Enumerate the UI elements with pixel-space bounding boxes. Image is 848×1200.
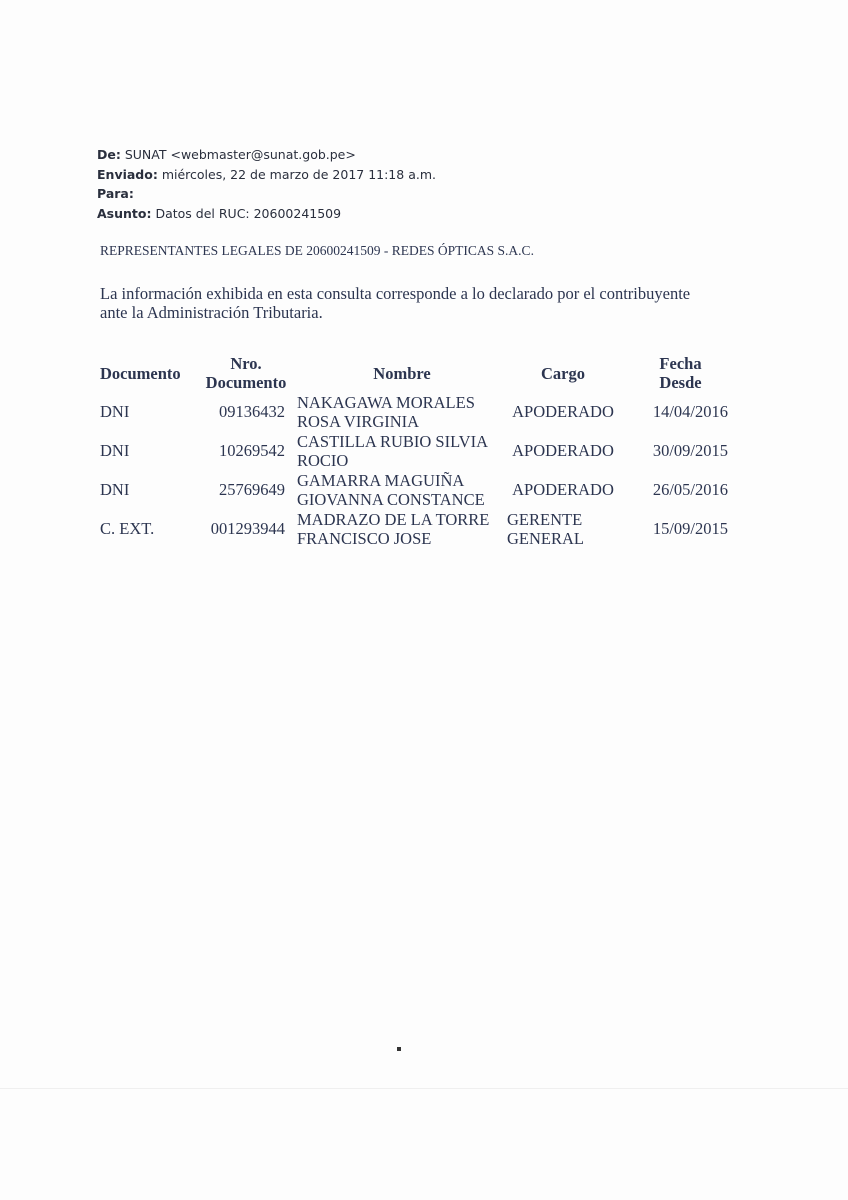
- scan-speck: [397, 1047, 401, 1051]
- from-line: De: SUNAT <webmaster@sunat.gob.pe>: [97, 145, 436, 165]
- header-nro-line2: Documento: [197, 373, 295, 392]
- cell-nombre: CASTILLA RUBIO SILVIAROCIO: [295, 431, 507, 470]
- cell-nombre-text: ROSA VIRGINIA: [297, 412, 507, 431]
- cell-documento-text: C. EXT.: [100, 519, 197, 538]
- cell-cargo-text: APODERADO: [507, 441, 619, 460]
- cell-nro-documento-text: 001293944: [197, 519, 285, 538]
- cell-nombre-text: ROCIO: [297, 451, 507, 470]
- cell-nro-documento-text: 25769649: [197, 480, 285, 499]
- cell-documento: C. EXT.: [96, 509, 197, 548]
- header-fecha-line1: Fecha: [633, 354, 728, 373]
- cell-nro-documento: 25769649: [197, 470, 295, 509]
- document-title: REPRESENTANTES LEGALES DE 20600241509 - …: [100, 243, 534, 259]
- email-header: De: SUNAT <webmaster@sunat.gob.pe> Envia…: [97, 145, 436, 223]
- cell-documento-text: DNI: [100, 402, 197, 421]
- cell-cargo: APODERADO: [507, 392, 619, 431]
- from-label: De:: [97, 147, 121, 162]
- to-label: Para:: [97, 186, 134, 201]
- cell-documento: DNI: [96, 470, 197, 509]
- table-row: DNI25769649GAMARRA MAGUIÑAGIOVANNA CONST…: [96, 470, 728, 509]
- cell-cargo: GERENTEGENERAL: [507, 509, 619, 548]
- header-nombre: Nombre: [295, 354, 507, 392]
- cell-cargo-text: GERENTE: [507, 510, 619, 529]
- table-header-row: Documento Nro. Documento Nombre Cargo Fe…: [96, 354, 728, 392]
- subject-value: Datos del RUC: 20600241509: [155, 206, 341, 221]
- cell-nro-documento-text: 10269542: [197, 441, 285, 460]
- scan-fold-line: [0, 1088, 848, 1089]
- cell-cargo: APODERADO: [507, 470, 619, 509]
- header-cargo: Cargo: [507, 354, 619, 392]
- header-nro-line1: Nro.: [197, 354, 295, 373]
- subject-label: Asunto:: [97, 206, 151, 221]
- cell-nombre-text: CASTILLA RUBIO SILVIA: [297, 432, 507, 451]
- cell-cargo-text: APODERADO: [507, 402, 619, 421]
- to-line: Para:: [97, 184, 436, 204]
- header-nro-documento: Nro. Documento: [197, 354, 295, 392]
- cell-fecha-desde: 30/09/2015: [619, 431, 728, 470]
- table-row: DNI09136432NAKAGAWA MORALESROSA VIRGINIA…: [96, 392, 728, 431]
- cell-fecha-desde: 26/05/2016: [619, 470, 728, 509]
- cell-fecha-desde-text: 30/09/2015: [619, 441, 728, 460]
- cell-documento: DNI: [96, 431, 197, 470]
- cell-nombre-text: FRANCISCO JOSE: [297, 529, 507, 548]
- cell-fecha-desde: 14/04/2016: [619, 392, 728, 431]
- cell-nombre: MADRAZO DE LA TORREFRANCISCO JOSE: [295, 509, 507, 548]
- subject-line: Asunto: Datos del RUC: 20600241509: [97, 204, 436, 224]
- cell-nro-documento: 09136432: [197, 392, 295, 431]
- sent-line: Enviado: miércoles, 22 de marzo de 2017 …: [97, 165, 436, 185]
- cell-nombre-text: MADRAZO DE LA TORRE: [297, 510, 507, 529]
- header-fecha-line2: Desde: [633, 373, 728, 392]
- table-row: C. EXT.001293944MADRAZO DE LA TORREFRANC…: [96, 509, 728, 548]
- scanned-page: De: SUNAT <webmaster@sunat.gob.pe> Envia…: [0, 0, 848, 1200]
- cell-nro-documento: 001293944: [197, 509, 295, 548]
- table-row: DNI10269542CASTILLA RUBIO SILVIAROCIOAPO…: [96, 431, 728, 470]
- cell-nro-documento: 10269542: [197, 431, 295, 470]
- cell-cargo-text: APODERADO: [507, 480, 619, 499]
- from-value: SUNAT <webmaster@sunat.gob.pe>: [125, 147, 356, 162]
- cell-fecha-desde-text: 14/04/2016: [619, 402, 728, 421]
- cell-documento-text: DNI: [100, 480, 197, 499]
- cell-cargo-text: GENERAL: [507, 529, 619, 548]
- sent-value: miércoles, 22 de marzo de 2017 11:18 a.m…: [162, 167, 436, 182]
- cell-fecha-desde: 15/09/2015: [619, 509, 728, 548]
- cell-fecha-desde-text: 26/05/2016: [619, 480, 728, 499]
- cell-nombre: NAKAGAWA MORALESROSA VIRGINIA: [295, 392, 507, 431]
- representatives-table: Documento Nro. Documento Nombre Cargo Fe…: [96, 354, 728, 548]
- cell-fecha-desde-text: 15/09/2015: [619, 519, 728, 538]
- cell-nombre-text: GAMARRA MAGUIÑA: [297, 471, 507, 490]
- header-documento: Documento: [96, 354, 197, 392]
- cell-nombre: GAMARRA MAGUIÑAGIOVANNA CONSTANCE: [295, 470, 507, 509]
- cell-nombre-text: GIOVANNA CONSTANCE: [297, 490, 507, 509]
- header-fecha-desde: Fecha Desde: [619, 354, 728, 392]
- cell-nombre-text: NAKAGAWA MORALES: [297, 393, 507, 412]
- cell-documento: DNI: [96, 392, 197, 431]
- intro-paragraph: La información exhibida en esta consulta…: [100, 284, 720, 322]
- cell-documento-text: DNI: [100, 441, 197, 460]
- cell-nro-documento-text: 09136432: [197, 402, 285, 421]
- sent-label: Enviado:: [97, 167, 158, 182]
- cell-cargo: APODERADO: [507, 431, 619, 470]
